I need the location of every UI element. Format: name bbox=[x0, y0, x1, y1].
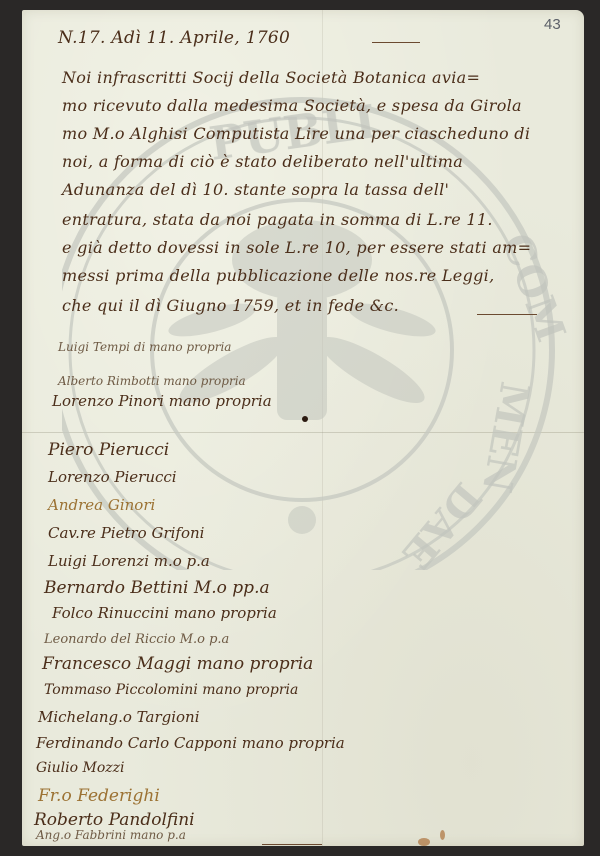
final-rule bbox=[262, 844, 322, 845]
signature: Lorenzo Pinori mano propria bbox=[52, 392, 272, 410]
body-line: mo ricevuto dalla medesima Società, e sp… bbox=[62, 96, 522, 115]
body-line: entratura, stata da noi pagata in somma … bbox=[62, 210, 493, 229]
signature: Andrea Ginori bbox=[48, 496, 155, 514]
signature: Tommaso Piccolomini mano propria bbox=[44, 682, 298, 698]
ink-blot bbox=[302, 416, 308, 422]
svg-text:DAE: DAE bbox=[392, 474, 490, 570]
body-line: messi prima della pubblicazione delle no… bbox=[62, 266, 494, 285]
fold-line-horizontal bbox=[22, 432, 584, 433]
manuscript-page: PUBLI COM MEN DAE 43 N.17. Adì 11. April… bbox=[22, 10, 584, 846]
body-line: Noi infrascritti Socij della Società Bot… bbox=[62, 68, 480, 87]
paper-stain bbox=[440, 830, 445, 840]
signature: Alberto Rimbotti mano propria bbox=[58, 374, 246, 388]
signature: Ferdinando Carlo Capponi mano propria bbox=[36, 734, 345, 752]
body-line: mo M.o Alghisi Computista Lire una per c… bbox=[62, 124, 530, 143]
header-rule bbox=[372, 42, 420, 43]
signature: Luigi Tempi di mano propria bbox=[58, 340, 231, 354]
body-line: e già detto dovessi in sole L.re 10, per… bbox=[62, 238, 531, 257]
signature: Giulio Mozzi bbox=[36, 760, 125, 776]
folio-number: 43 bbox=[544, 16, 561, 33]
body-line: Adunanza del dì 10. stante sopra la tass… bbox=[62, 180, 449, 199]
signature: Folco Rinuccini mano propria bbox=[52, 604, 277, 622]
signature: Piero Pierucci bbox=[48, 440, 169, 460]
body-line: che qui il dì Giugno 1759, et in fede &c… bbox=[62, 296, 399, 315]
signature: Lorenzo Pierucci bbox=[48, 468, 177, 486]
signature: Luigi Lorenzi m.o p.a bbox=[48, 552, 210, 570]
signature: Bernardo Bettini M.o pp.a bbox=[44, 578, 270, 598]
signature: Leonardo del Riccio M.o p.a bbox=[44, 632, 229, 647]
signature: Francesco Maggi mano propria bbox=[42, 654, 313, 674]
closing-rule bbox=[477, 314, 537, 315]
document-header: N.17. Adì 11. Aprile, 1760 bbox=[58, 28, 290, 48]
signature: Roberto Pandolfini bbox=[34, 810, 195, 830]
signature: Michelang.o Targioni bbox=[38, 708, 200, 726]
signature: Cav.re Pietro Grifoni bbox=[48, 524, 204, 542]
signature: Fr.o Federighi bbox=[38, 786, 160, 806]
svg-text:MEN: MEN bbox=[473, 378, 539, 496]
paper-stain bbox=[418, 838, 430, 846]
signature: Ang.o Fabbrini mano p.a bbox=[36, 828, 186, 842]
body-line: noi, a forma di ciò è stato deliberato n… bbox=[62, 152, 463, 171]
